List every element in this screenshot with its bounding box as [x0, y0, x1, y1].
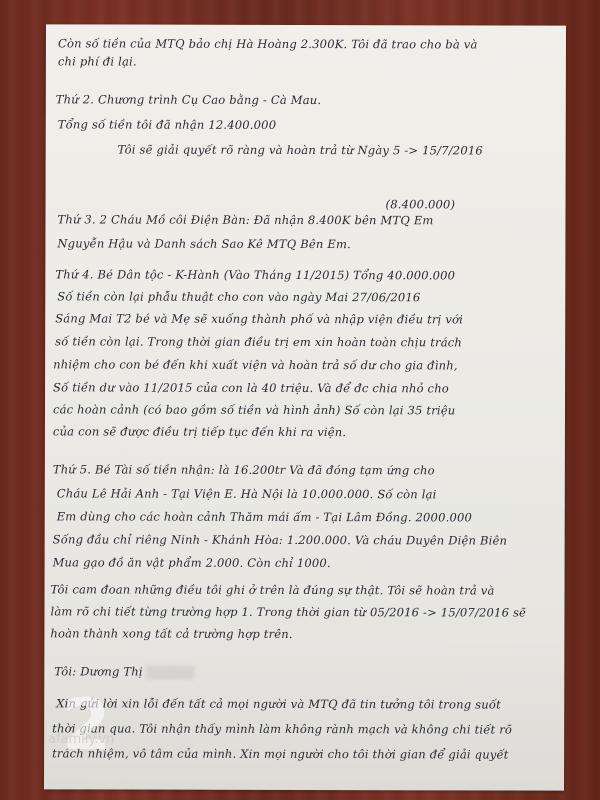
handwritten-letter-page: Còn số tiền của MTQ bảo chị Hà Hoàng 2.3… [44, 24, 566, 790]
amount-note: (8.400.000) [386, 197, 456, 211]
letter-line: các hoàn cảnh (có bao gồm số tiền và hìn… [53, 402, 455, 417]
pledge-line: Tôi cam đoan những điều tôi ghi ở trên l… [51, 582, 495, 597]
letter-line: chi phí đi lại. [58, 54, 137, 68]
watermark-logo: 2 [62, 690, 132, 760]
letter-line: Cháu Lê Hải Anh - Tại Viện E. Hà Nội là … [57, 486, 437, 501]
item-2-heading: Thứ 2. Chương trình Cụ Cao bằng - Cà Mau… [56, 92, 322, 107]
item-5-heading: Thứ 5. Bé Tài số tiền nhận: là 16.200tr … [53, 462, 435, 477]
letter-line: của con sẽ được điều trị tiếp tục đến kh… [53, 424, 346, 439]
letter-line: nhiệm cho con bé đến khi xuất viện và ho… [53, 357, 458, 372]
letter-line: Tổng số tiền tôi đã nhận 12.400.000 [58, 117, 277, 132]
letter-line: số tiền còn lại. Trong thời gian điều tr… [55, 334, 462, 349]
signature: Tôi: Dương Thị [54, 664, 194, 679]
letter-line: Sống đầu chỉ riêng Ninh - Khánh Hòa: 1.2… [53, 532, 508, 547]
pledge-line: làm rõ chi tiết từng trường hợp 1. Trong… [50, 604, 526, 619]
item-4-heading: Thứ 4. Bé Dân tộc - K-Hành (Vào Tháng 11… [55, 267, 455, 282]
pledge-line: hoàn thành xong tất cả trường hợp trên. [50, 626, 292, 641]
letter-line: Sáng Mai T2 bé và Mẹ sẽ xuống thành phố … [55, 311, 463, 326]
letter-line: Mua gạo đồ ăn vật phẩm 2.000. Còn chỉ 10… [53, 555, 331, 570]
letter-line: Số tiền dư vào 11/2015 của con là 40 tri… [53, 380, 449, 395]
watermark-text: afamily.vn [48, 732, 114, 747]
redacted-name-blur [147, 666, 195, 680]
letter-line: Tôi sẽ giải quyết rõ ràng và hoàn trả từ… [118, 143, 483, 158]
letter-line: Còn số tiền của MTQ bảo chị Hà Hoàng 2.3… [58, 36, 478, 51]
signature-name: Tôi: Dương Thị [54, 664, 142, 678]
item-3-heading: Thứ 3. 2 Cháu Mồ côi Điện Bàn: Đã nhận 8… [57, 212, 433, 227]
letter-line: Em dùng cho các hoàn cảnh Thăm mái ấm - … [57, 509, 472, 524]
letter-line: Nguyễn Hậu và Danh sách Sao Kê MTQ Bên E… [57, 236, 351, 251]
letter-line: Số tiền còn lại phẫu thuật cho con vào n… [57, 289, 420, 304]
